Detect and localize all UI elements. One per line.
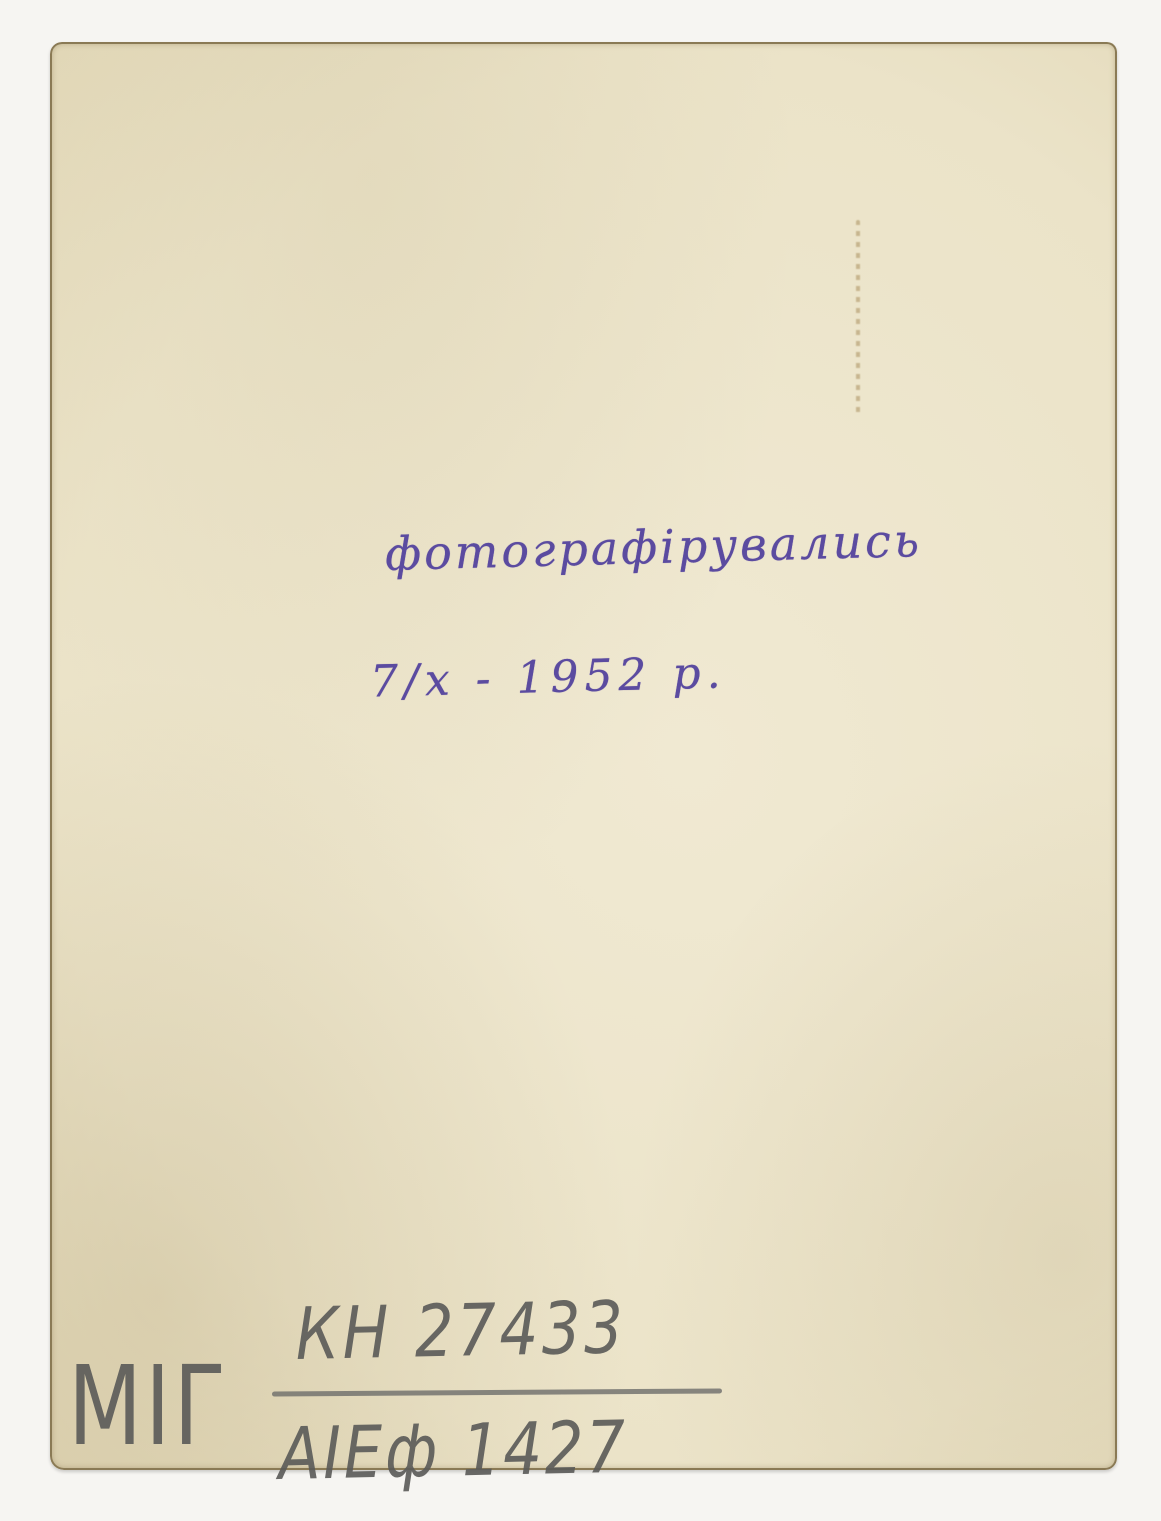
handwritten-caption: фотографірувались bbox=[384, 513, 922, 581]
inventory-number: КН 27433 bbox=[295, 1285, 627, 1376]
photo-card-back: фотографірувались 7/x - 1952 р. МІГ КН 2… bbox=[50, 42, 1117, 1470]
fraction-divider-line bbox=[272, 1388, 722, 1396]
collection-label: МІГ bbox=[68, 1342, 229, 1470]
handwritten-date: 7/x - 1952 р. bbox=[369, 647, 727, 707]
archive-number: АІЕф 1427 bbox=[278, 1405, 628, 1496]
glue-residue-mark bbox=[856, 220, 860, 415]
